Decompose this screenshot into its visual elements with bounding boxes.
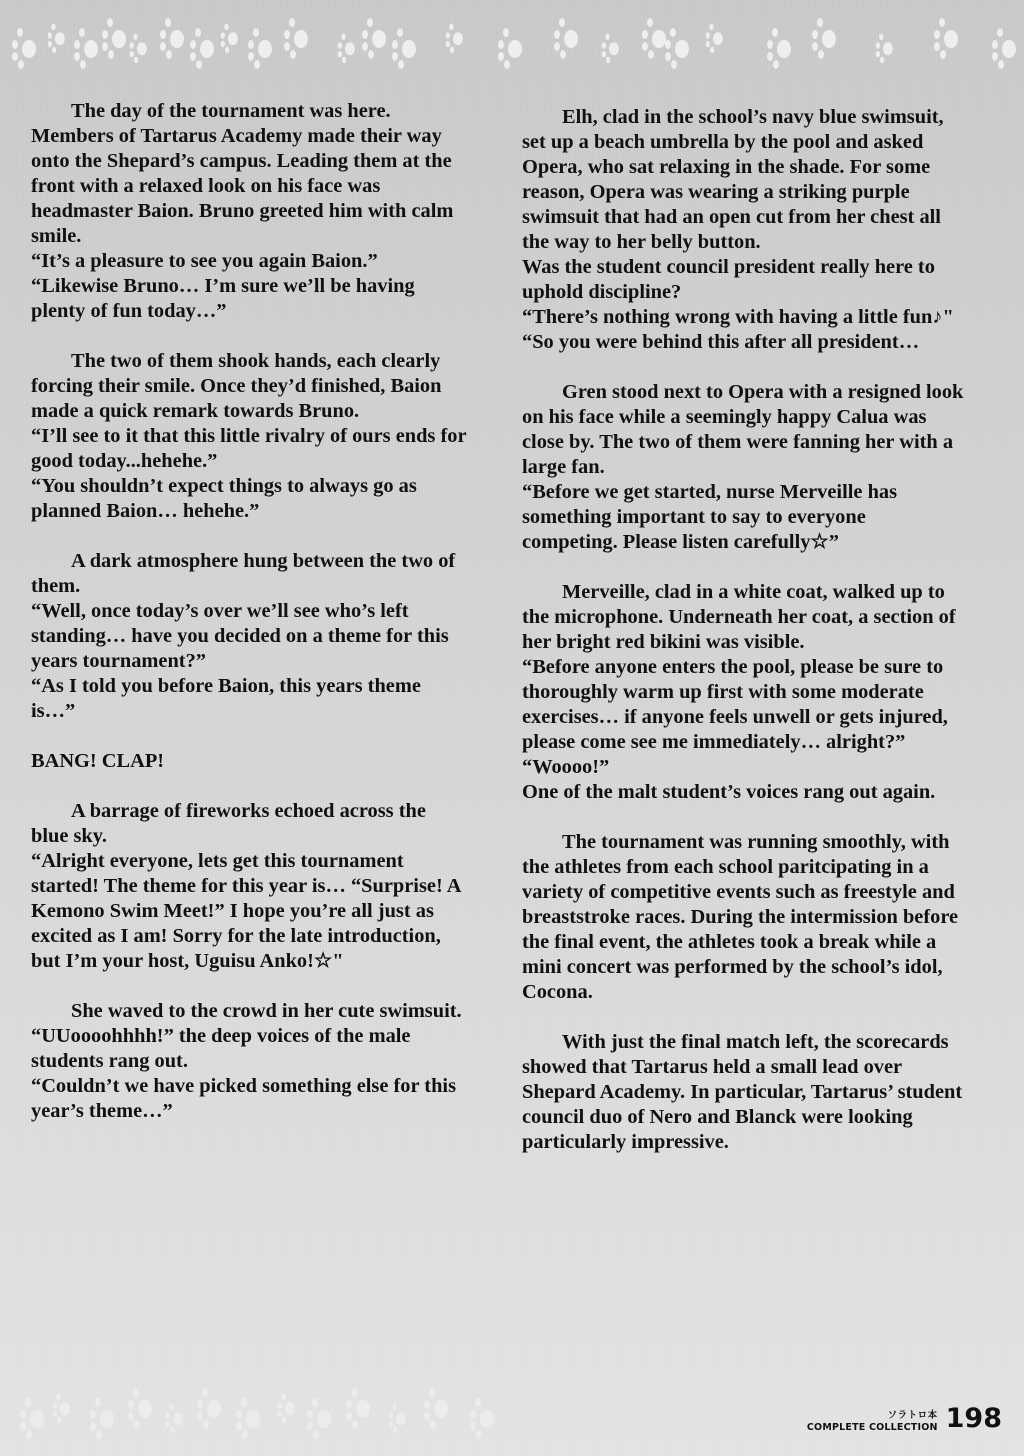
paw-print-icon (496, 28, 526, 68)
text-line: council duo of Nero and Blanck were look… (522, 1105, 1000, 1130)
paw-print-icon (810, 18, 840, 58)
paw-print-icon (188, 28, 218, 68)
text-line: is…” (31, 699, 501, 724)
text-line: headmaster Baion. Bruno greeted him with… (31, 199, 501, 224)
text-line: years tournament?” (31, 649, 501, 674)
text-line: set up a beach umbrella by the pool and … (522, 130, 1000, 155)
footer-labels: ソラトロ本 COMPLETE COLLECTION (807, 1411, 938, 1432)
page-number: 198 (946, 1406, 1002, 1432)
text-line: the microphone. Underneath her coat, a s… (522, 605, 1000, 630)
paw-print-icon (704, 24, 726, 53)
text-line: A dark atmosphere hung between the two o… (31, 549, 501, 574)
text-line: Elh, clad in the school’s navy blue swim… (522, 105, 1000, 130)
paw-print-icon (234, 1398, 264, 1438)
paw-print-icon (422, 1388, 452, 1428)
paw-print-icon (390, 28, 420, 68)
text-line: breaststroke races. During the intermiss… (522, 905, 1000, 930)
text-line: Kemono Swim Meet!” I hope you’re all jus… (31, 899, 501, 924)
paw-print-icon (195, 1388, 225, 1428)
paw-print-icon (128, 34, 150, 63)
text-line: The tournament was running smoothly, wit… (522, 830, 1000, 855)
text-line: plenty of fun today…” (31, 299, 501, 324)
paw-print-icon (468, 1398, 498, 1438)
text-line: thoroughly warm up first with some moder… (522, 680, 1000, 705)
paragraph: BANG! CLAP! (31, 749, 501, 774)
text-line: showed that Tartarus held a small lead o… (522, 1055, 1000, 1080)
paw-print-icon (444, 24, 466, 53)
text-line: standing… have you decided on a theme fo… (31, 624, 501, 649)
text-line: good today...hehehe.” (31, 449, 501, 474)
paragraph: The tournament was running smoothly, wit… (522, 830, 1000, 1005)
text-line: excited as I am! Sorry for the late intr… (31, 924, 501, 949)
text-line: on his face while a seemingly happy Calu… (522, 405, 1000, 430)
text-line: students rang out. (31, 1049, 501, 1074)
paragraph: With just the final match left, the scor… (522, 1030, 1000, 1155)
text-line: With just the final match left, the scor… (522, 1030, 1000, 1055)
text-line: “Well, once today’s over we’ll see who’s… (31, 599, 501, 624)
paw-print-icon (552, 18, 582, 58)
text-line: swimsuit that had an open cut from her c… (522, 205, 1000, 230)
text-line: “Before anyone enters the pool, please b… (522, 655, 1000, 680)
text-line: “As I told you before Baion, this years … (31, 674, 501, 699)
paragraph: The two of them shook hands, each clearl… (31, 349, 501, 524)
text-line: started! The theme for this year is… “Su… (31, 874, 501, 899)
left-text-column: The day of the tournament was here.Membe… (31, 99, 501, 1149)
text-line: “Woooo!” (522, 755, 1000, 780)
text-line: made a quick remark towards Bruno. (31, 399, 501, 424)
text-line: uphold discipline? (522, 280, 1000, 305)
text-line: “Couldn’t we have picked something else … (31, 1074, 501, 1099)
paw-print-icon (100, 18, 130, 58)
paw-print-icon (246, 28, 276, 68)
text-line: Cocona. (522, 980, 1000, 1005)
text-line: variety of competitive events such as fr… (522, 880, 1000, 905)
paw-print-icon (360, 18, 390, 58)
paragraph: A barrage of fireworks echoed across the… (31, 799, 501, 974)
text-line: Gren stood next to Opera with a resigned… (522, 380, 1000, 405)
text-line: Members of Tartarus Academy made their w… (31, 124, 501, 149)
paw-print-icon (46, 24, 68, 53)
paw-print-icon (305, 1398, 335, 1438)
paw-print-icon (344, 1388, 374, 1428)
text-line: Was the student council president really… (522, 255, 1000, 280)
paw-print-icon (219, 24, 241, 53)
text-line: front with a relaxed look on his face wa… (31, 174, 501, 199)
text-line: mini concert was performed by the school… (522, 955, 1000, 980)
text-line: The day of the tournament was here. (31, 99, 501, 124)
text-line: “You shouldn’t expect things to always g… (31, 474, 501, 499)
paw-print-icon (932, 18, 962, 58)
paragraph: Gren stood next to Opera with a resigned… (522, 380, 1000, 555)
text-line: “I’ll see to it that this little rivalry… (31, 424, 501, 449)
text-line: onto the Shepard’s campus. Leading them … (31, 149, 501, 174)
text-line: She waved to the crowd in her cute swims… (31, 999, 501, 1024)
paw-print-icon (276, 1394, 298, 1423)
text-line: “Before we get started, nurse Merveille … (522, 480, 1000, 505)
text-line: large fan. (522, 455, 1000, 480)
text-line: particularly impressive. (522, 1130, 1000, 1155)
paw-print-border-top (0, 18, 1024, 78)
text-line: exercises… if anyone feels unwell or get… (522, 705, 1000, 730)
page-footer: ソラトロ本 COMPLETE COLLECTION 198 (807, 1406, 1002, 1432)
text-line: “There’s nothing wrong with having a lit… (522, 305, 1000, 330)
text-line: “It’s a pleasure to see you again Baion.… (31, 249, 501, 274)
text-line: A barrage of fireworks echoed across the (31, 799, 501, 824)
paw-print-icon (874, 34, 896, 63)
paw-print-icon (126, 1388, 156, 1428)
paw-print-icon (990, 28, 1020, 68)
text-line: the final event, the athletes took a bre… (522, 930, 1000, 955)
paragraph: She waved to the crowd in her cute swims… (31, 999, 501, 1124)
paw-print-icon (282, 18, 312, 58)
paragraph: Elh, clad in the school’s navy blue swim… (522, 105, 1000, 355)
paragraph: A dark atmosphere hung between the two o… (31, 549, 501, 724)
text-line: Merveille, clad in a white coat, walked … (522, 580, 1000, 605)
paw-print-icon (164, 1404, 186, 1433)
series-title-jp: ソラトロ本 (888, 1411, 938, 1421)
text-line: something important to say to everyone (522, 505, 1000, 530)
text-line: One of the malt student’s voices rang ou… (522, 780, 1000, 805)
paw-print-icon (18, 1398, 48, 1438)
text-line: planned Baion… hehehe.” (31, 499, 501, 524)
text-line: but I’m your host, Uguisu Anko!☆" (31, 949, 501, 974)
paw-print-icon (72, 28, 102, 68)
paragraph: Merveille, clad in a white coat, walked … (522, 580, 1000, 805)
text-line: “Alright everyone, lets get this tournam… (31, 849, 501, 874)
text-line: BANG! CLAP! (31, 749, 501, 774)
text-line: the way to her belly button. (522, 230, 1000, 255)
text-line: competing. Please listen carefully☆” (522, 530, 1000, 555)
text-line: please come see me immediately… alright?… (522, 730, 1000, 755)
paw-print-icon (336, 34, 358, 63)
right-text-column: Elh, clad in the school’s navy blue swim… (522, 105, 1000, 1180)
paragraph: The day of the tournament was here.Membe… (31, 99, 501, 324)
text-line: close by. The two of them were fanning h… (522, 430, 1000, 455)
text-line: forcing their smile. Once they’d finishe… (31, 374, 501, 399)
text-line: year’s theme…” (31, 1099, 501, 1124)
paw-print-icon (765, 28, 795, 68)
text-line: her bright red bikini was visible. (522, 630, 1000, 655)
text-line: reason, Opera was wearing a striking pur… (522, 180, 1000, 205)
text-line: them. (31, 574, 501, 599)
paw-print-icon (600, 34, 622, 63)
paw-print-icon (158, 18, 188, 58)
text-line: “So you were behind this after all presi… (522, 330, 1000, 355)
paw-print-icon (10, 28, 40, 68)
collection-label: COMPLETE COLLECTION (807, 1423, 938, 1433)
text-line: the athletes from each school paritcipat… (522, 855, 1000, 880)
text-line: blue sky. (31, 824, 501, 849)
paw-print-icon (88, 1398, 118, 1438)
paw-print-icon (387, 1404, 409, 1433)
paw-print-icon (663, 28, 693, 68)
text-line: smile. (31, 224, 501, 249)
text-line: Opera, who sat relaxing in the shade. Fo… (522, 155, 1000, 180)
text-line: Shepard Academy. In particular, Tartarus… (522, 1080, 1000, 1105)
text-line: “UUoooohhhh!” the deep voices of the mal… (31, 1024, 501, 1049)
paw-print-icon (51, 1394, 73, 1423)
text-line: “Likewise Bruno… I’m sure we’ll be havin… (31, 274, 501, 299)
text-line: The two of them shook hands, each clearl… (31, 349, 501, 374)
